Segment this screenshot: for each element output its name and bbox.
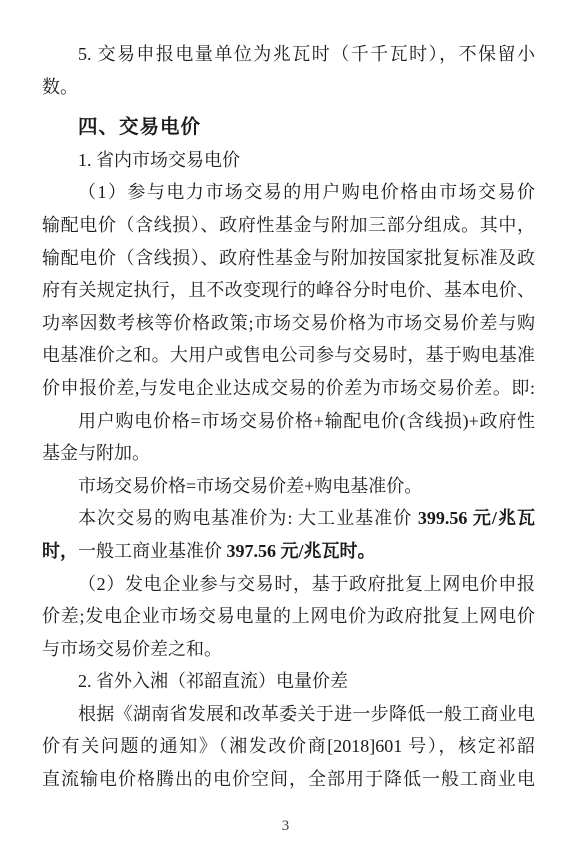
text-line: 价差;发电企业市场交易电量的上网电价为政府批复上网电价	[42, 600, 535, 633]
document-page: 5. 交易申报电量单位为兆瓦时（千千瓦时），不保留小数。四、交易电价1. 省内市…	[0, 0, 571, 851]
text-segment: 价有关问题的通知》（湘发改价商[2018]601 号），核定祁韶	[42, 736, 535, 756]
text-line: 与市场交易价差之和。	[42, 633, 535, 666]
text-line: 根据《湖南省发展和改革委关于进一步降低一般工商业电	[42, 698, 535, 731]
text-segment: 基金与附加。	[42, 443, 150, 463]
text-line: 电基准价之和。大用户或售电公司参与交易时，基于购电基准	[42, 339, 535, 372]
text-segment: 1. 省内市场交易电价	[78, 150, 240, 170]
text-segment: 数。	[42, 77, 78, 97]
text-line: （1）参与电力市场交易的用户购电价格由市场交易价格、	[42, 176, 535, 209]
text-segment: 直流输电价格腾出的电价空间，全部用于降低一般工商业电	[42, 769, 535, 789]
text-line: 本次交易的购电基准价为: 大工业基准价 399.56 元/兆瓦	[42, 502, 535, 535]
text-segment: 电基准价之和。大用户或售电公司参与交易时，基于购电基准	[42, 345, 535, 365]
text-segment: 价申报价差,与发电企业达成交易的价差为市场交易价差。即:	[42, 378, 535, 398]
text-segment: 2. 省外入湘（祁韶直流）电量价差	[78, 671, 348, 691]
text-line: （2）发电企业参与交易时，基于政府批复上网电价申报	[42, 568, 535, 601]
text-line: 2. 省外入湘（祁韶直流）电量价差	[42, 665, 535, 698]
text-segment: 用户购电价格=市场交易价格+输配电价(含线损)+政府性	[78, 411, 535, 431]
text-line: 数。	[42, 71, 535, 104]
text-line: 价申报价差,与发电企业达成交易的价差为市场交易价差。即:	[42, 372, 535, 405]
text-segment: 市场交易价格=市场交易价差+购电基准价。	[78, 476, 422, 496]
text-line: 时，一般工商业基准价 397.56 元/兆瓦时。	[42, 535, 535, 568]
text-line: 输配电价（含线损）、政府性基金与附加按国家批复标准及政	[42, 242, 535, 275]
text-line: 用户购电价格=市场交易价格+输配电价(含线损)+政府性	[42, 405, 535, 438]
section-heading: 四、交易电价	[42, 111, 535, 144]
bold-text-segment: 时，	[42, 541, 78, 561]
text-line: 功率因数考核等价格政策;市场交易价格为市场交易价差与购	[42, 307, 535, 340]
text-line: 市场交易价格=市场交易价差+购电基准价。	[42, 470, 535, 503]
page-number: 3	[0, 818, 571, 835]
text-segment: （1）参与电力市场交易的用户购电价格由市场交易价格、	[42, 182, 535, 209]
text-segment: 一般工商业基准价	[78, 541, 227, 561]
document-body: 5. 交易申报电量单位为兆瓦时（千千瓦时），不保留小数。四、交易电价1. 省内市…	[42, 38, 535, 796]
text-line: 1. 省内市场交易电价	[42, 144, 535, 177]
text-segment: 功率因数考核等价格政策;市场交易价格为市场交易价差与购	[42, 313, 535, 333]
text-segment: 5. 交易申报电量单位为兆瓦时（千千瓦时），不保留小	[78, 44, 535, 64]
text-segment: 输配电价（含线损）、政府性基金与附加三部分组成。其中，	[42, 215, 535, 235]
text-segment: 价差;发电企业市场交易电量的上网电价为政府批复上网电价	[42, 606, 535, 626]
text-segment: 府有关规定执行，且不改变现行的峰谷分时电价、基本电价、	[42, 280, 535, 300]
text-segment: 与市场交易价差之和。	[42, 639, 222, 659]
text-segment: 本次交易的购电基准价为: 大工业基准价	[78, 508, 418, 528]
text-line: 5. 交易申报电量单位为兆瓦时（千千瓦时），不保留小	[42, 38, 535, 71]
text-segment: 输配电价（含线损）、政府性基金与附加按国家批复标准及政	[42, 248, 535, 268]
bold-text-segment: 397.56 元/兆瓦时。	[227, 541, 376, 561]
text-line: 价有关问题的通知》（湘发改价商[2018]601 号），核定祁韶	[42, 730, 535, 763]
text-segment: 根据《湖南省发展和改革委关于进一步降低一般工商业电	[78, 704, 535, 724]
text-line: 基金与附加。	[42, 437, 535, 470]
text-segment: （2）发电企业参与交易时，基于政府批复上网电价申报	[78, 574, 535, 594]
text-line: 直流输电价格腾出的电价空间，全部用于降低一般工商业电	[42, 763, 535, 796]
text-line: 府有关规定执行，且不改变现行的峰谷分时电价、基本电价、	[42, 274, 535, 307]
bold-text-segment: 399.56 元/兆瓦	[418, 508, 535, 528]
bold-text-segment: 四、交易电价	[78, 116, 201, 138]
text-line: 输配电价（含线损）、政府性基金与附加三部分组成。其中，	[42, 209, 535, 242]
